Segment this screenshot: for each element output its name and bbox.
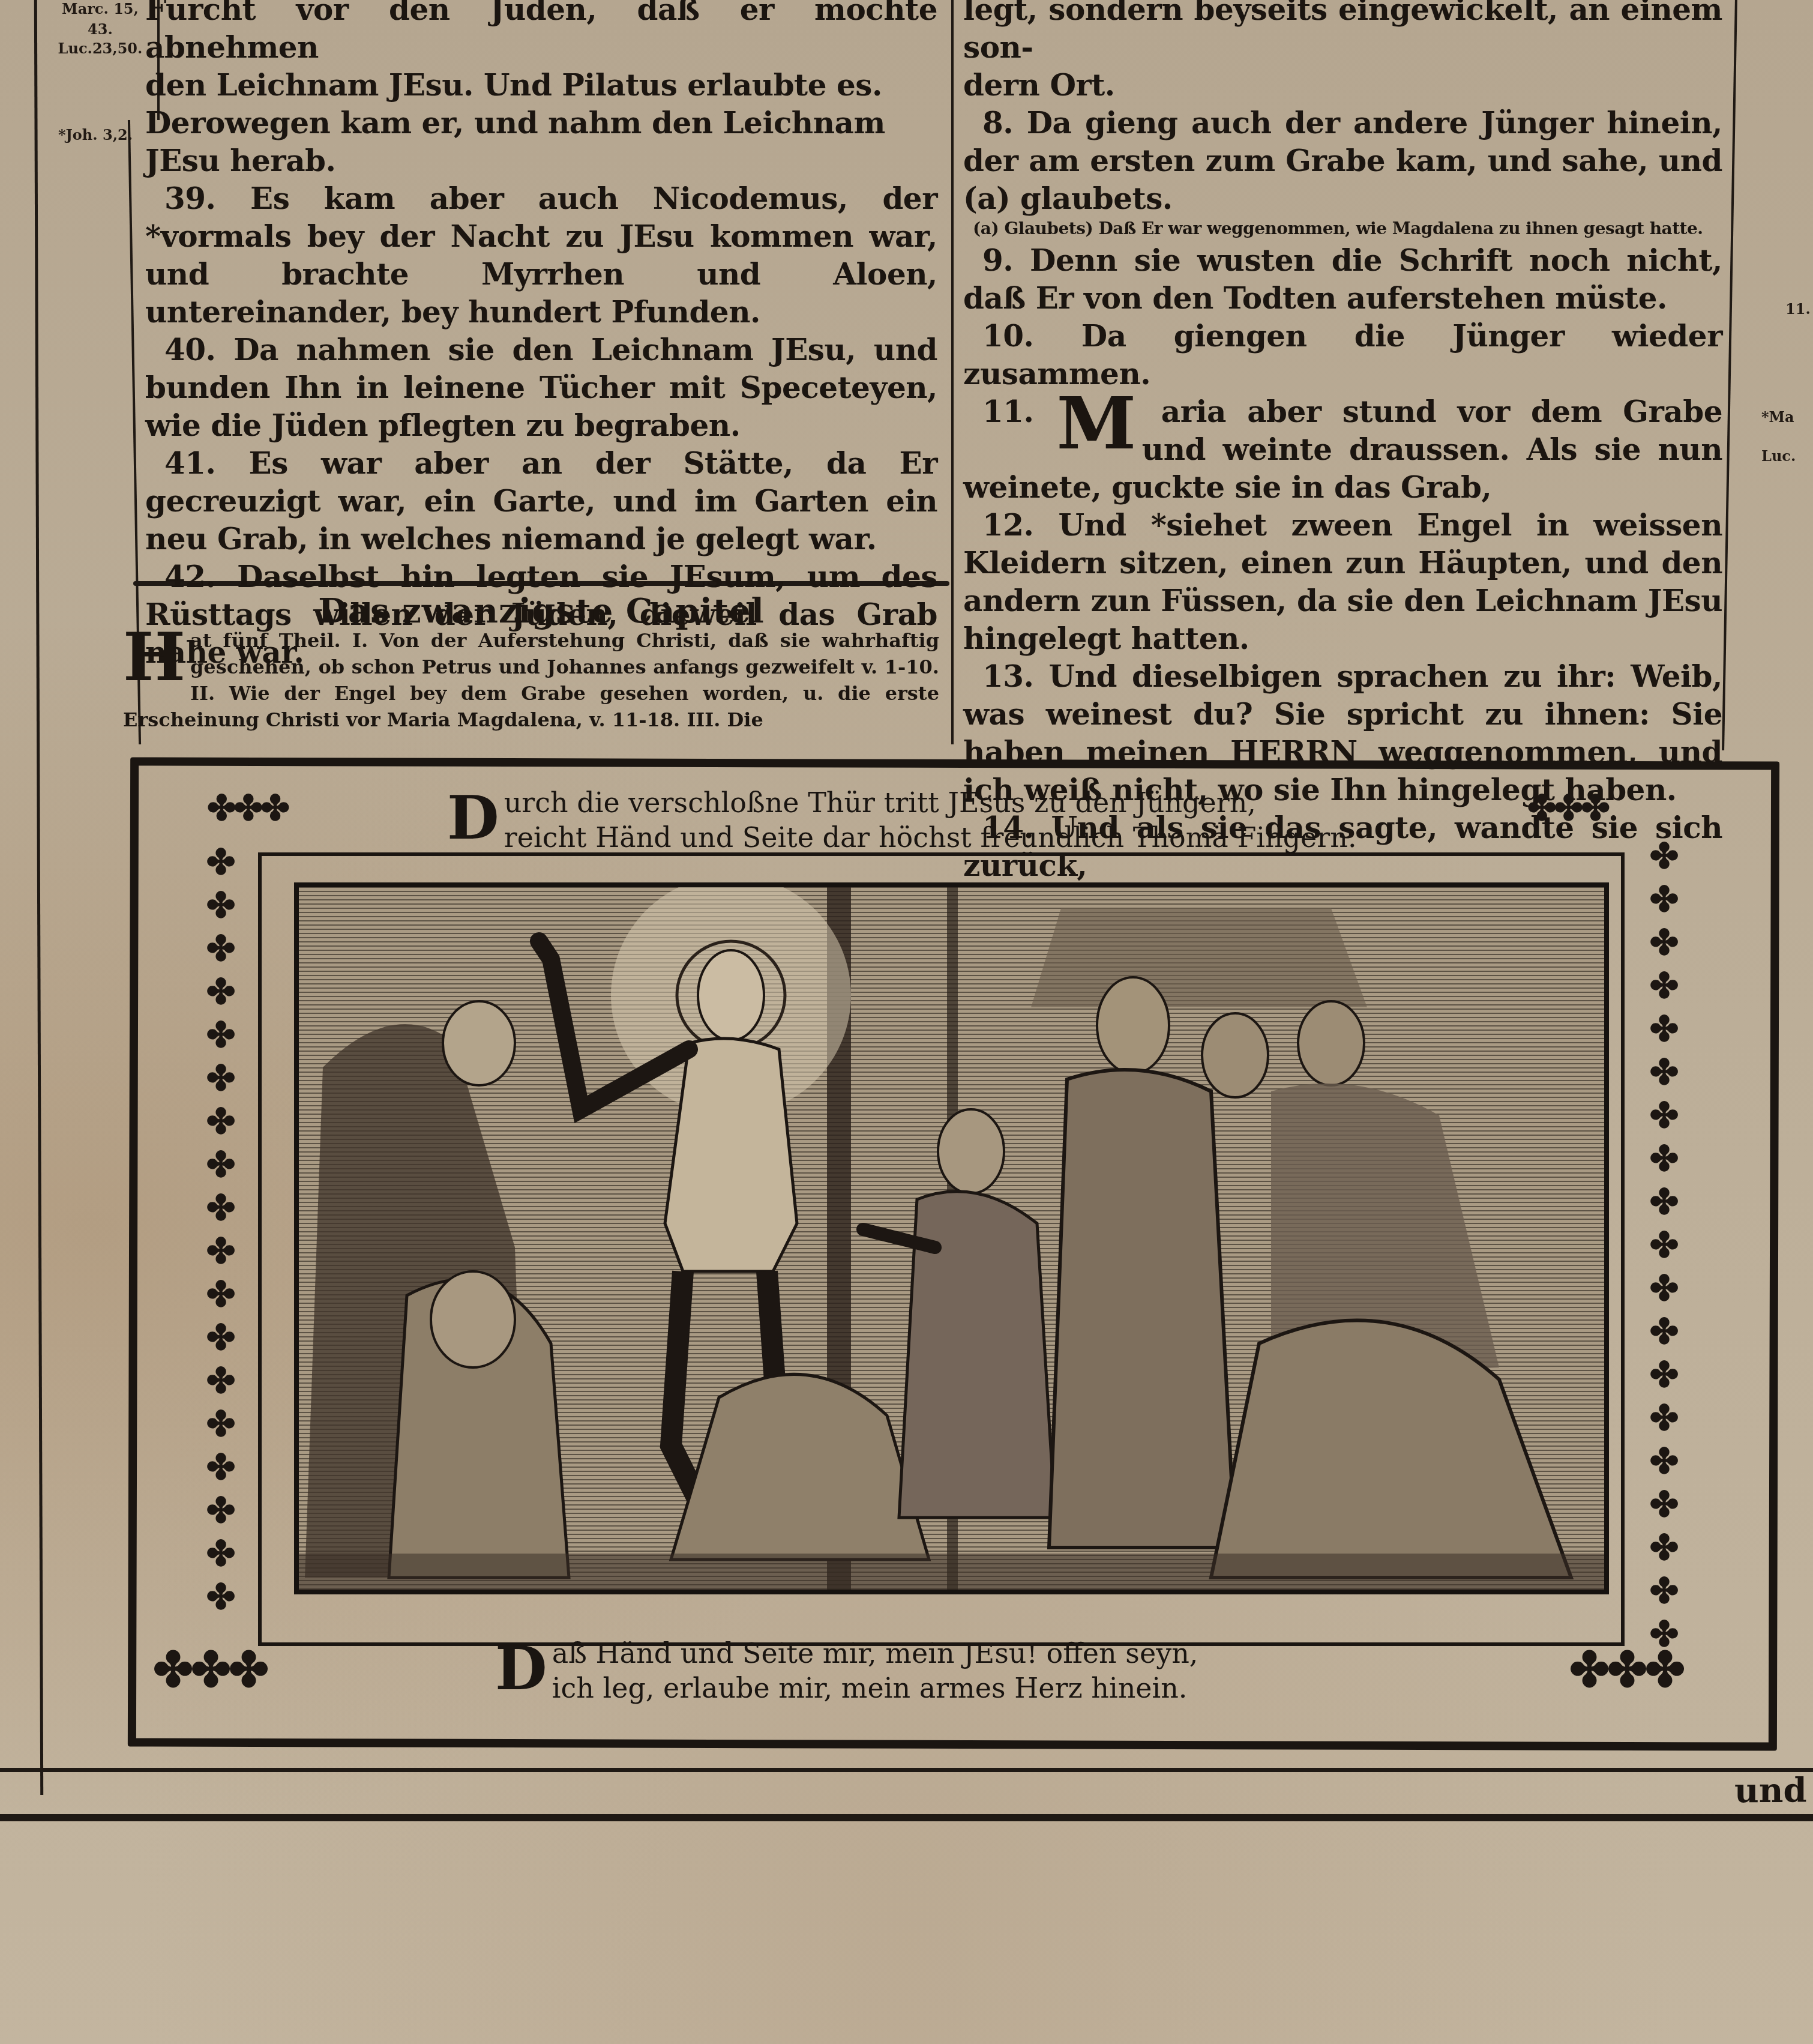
verse-number: 41. bbox=[164, 445, 216, 481]
ornament-right-border-icon: ✤✤✤✤✤✤✤✤✤✤✤✤✤✤✤✤✤✤✤ bbox=[1635, 834, 1689, 1656]
verse-number: 12. bbox=[982, 507, 1034, 543]
verse-10: 10. Da giengen die Jünger wieder zusamme… bbox=[963, 317, 1722, 393]
footnote-a: (a) Glaubets) Daß Er war weggenommen, wi… bbox=[963, 219, 1722, 239]
verse-number: 39. bbox=[164, 181, 216, 216]
verse-text: Und *siehet zween Engel in weissen Kleid… bbox=[963, 507, 1722, 656]
margin-ref-right-luc: Luc. bbox=[1761, 447, 1813, 465]
verse-text: Da giengen die Jünger wieder zusammen. bbox=[963, 318, 1722, 391]
bottom-page-rule bbox=[0, 1814, 1813, 1821]
text-line: dern Ort. bbox=[963, 66, 1722, 104]
margin-ref-right-ma: *Ma bbox=[1761, 408, 1813, 426]
right-column-rule bbox=[1722, 0, 1737, 750]
verse-12: 12. Und *siehet zween Engel in weissen K… bbox=[963, 506, 1722, 657]
text-line: Derowegen kam er, und nahm den Leichnam bbox=[145, 104, 937, 142]
summary-text: at fünf Theil. I. Von der Auferstehung C… bbox=[123, 629, 939, 731]
margin-ref-luc: Luc.23,50. bbox=[43, 40, 157, 58]
caption-bottom-line-2: ich leg, erlaube mir, mein armes Herz hi… bbox=[495, 1671, 1395, 1705]
verse-number: 42. bbox=[164, 559, 216, 594]
verse-40: 40. Da nahmen sie den Leichnam JEsu, und… bbox=[145, 331, 937, 444]
ornament-top-left-icon: ✤✤✤ bbox=[207, 786, 287, 830]
caption-bottom-dropcap: D bbox=[495, 1638, 547, 1698]
left-outer-rule bbox=[34, 0, 43, 1795]
right-text-column: legt, sondern beyseits eingewickelt, an … bbox=[963, 0, 1722, 884]
ornament-left-border-icon: ✤✤✤✤✤✤✤✤✤✤✤✤✤✤✤✤✤✤ bbox=[192, 840, 246, 1618]
verse-text: Denn sie wusten die Schrift noch nicht, … bbox=[963, 243, 1722, 316]
verse-8: 8. Da gieng auch der andere Jünger hinei… bbox=[963, 104, 1722, 217]
verse-39: 39. Es kam aber auch Nicodemus, der *vor… bbox=[145, 179, 937, 331]
text-line: legt, sondern beyseits eingewickelt, an … bbox=[963, 0, 1722, 66]
catchword: und bbox=[1734, 1771, 1807, 1810]
woodcut-illustration bbox=[294, 882, 1609, 1594]
verse-number: 9. bbox=[982, 243, 1013, 278]
verse-number: 8. bbox=[982, 105, 1013, 140]
verse-text: Es kam aber auch Nicodemus, der *vormals… bbox=[145, 181, 937, 330]
chapter-title: Das zwanzigste Capitel bbox=[133, 591, 949, 631]
caption-top-line-2: reicht Händ und Seite dar höchst freundl… bbox=[447, 820, 1467, 855]
verse-text: Da gieng auch der andere Jünger hinein, … bbox=[963, 105, 1722, 216]
margin-ref-right-11: 11. bbox=[1785, 300, 1813, 318]
caption-top: D urch die verschloßne Thür tritt JEsus … bbox=[447, 785, 1467, 855]
verse-number: 11. bbox=[963, 393, 1034, 430]
woodcut-scene-icon bbox=[299, 887, 1604, 1590]
caption-bottom: D aß Händ und Seite mir, mein JEsu! offe… bbox=[495, 1636, 1395, 1705]
verse-41: 41. Es war aber an der Stätte, da Er gec… bbox=[145, 444, 937, 558]
caption-top-line-1: urch die verschloßne Thür tritt JEsus zu… bbox=[447, 785, 1467, 820]
margin-ref-marc-verse: 43. bbox=[43, 20, 157, 38]
ornament-top-right-icon: ✤✤✤ bbox=[1527, 786, 1608, 830]
text-line: den Leichnam JEsu. Und Pilatus erlaubte … bbox=[145, 66, 937, 104]
caption-top-dropcap: D bbox=[447, 788, 499, 848]
chapter-summary: H at fünf Theil. I. Von der Auferstehung… bbox=[123, 627, 939, 733]
margin-ref-joh: *Joh. 3,2. bbox=[38, 126, 152, 144]
verse-9: 9. Denn sie wusten die Schrift noch nich… bbox=[963, 241, 1722, 317]
lower-page-rule bbox=[0, 1768, 1813, 1772]
verse-text: Da nahmen sie den Leichnam JEsu, und bun… bbox=[145, 332, 937, 443]
verse-number: 13. bbox=[982, 659, 1034, 694]
caption-bottom-line-1: aß Händ und Seite mir, mein JEsu! offen … bbox=[495, 1636, 1395, 1671]
ornament-bottom-right-icon: ✤✤✤ bbox=[1569, 1648, 1683, 1691]
verse-text: Es war aber an der Stätte, da Er gecreuz… bbox=[145, 445, 937, 556]
center-column-rule bbox=[951, 0, 954, 744]
ornament-bottom-left-icon: ✤✤✤ bbox=[153, 1648, 266, 1691]
text-line: JEsu herab. bbox=[145, 142, 937, 179]
verse-number: 10. bbox=[982, 318, 1034, 354]
left-text-column: Furcht vor den Jüden, daß er möchte abne… bbox=[145, 0, 937, 671]
verse-11: 11.Maria aber stund vor dem Grabe und we… bbox=[963, 393, 1722, 506]
text-line: Furcht vor den Jüden, daß er möchte abne… bbox=[145, 0, 937, 66]
summary-dropcap: H bbox=[123, 630, 185, 685]
verse-number: 40. bbox=[164, 332, 216, 367]
verse-11-dropcap: M bbox=[1038, 394, 1136, 454]
margin-ref-marc: Marc. 15, bbox=[43, 0, 157, 18]
